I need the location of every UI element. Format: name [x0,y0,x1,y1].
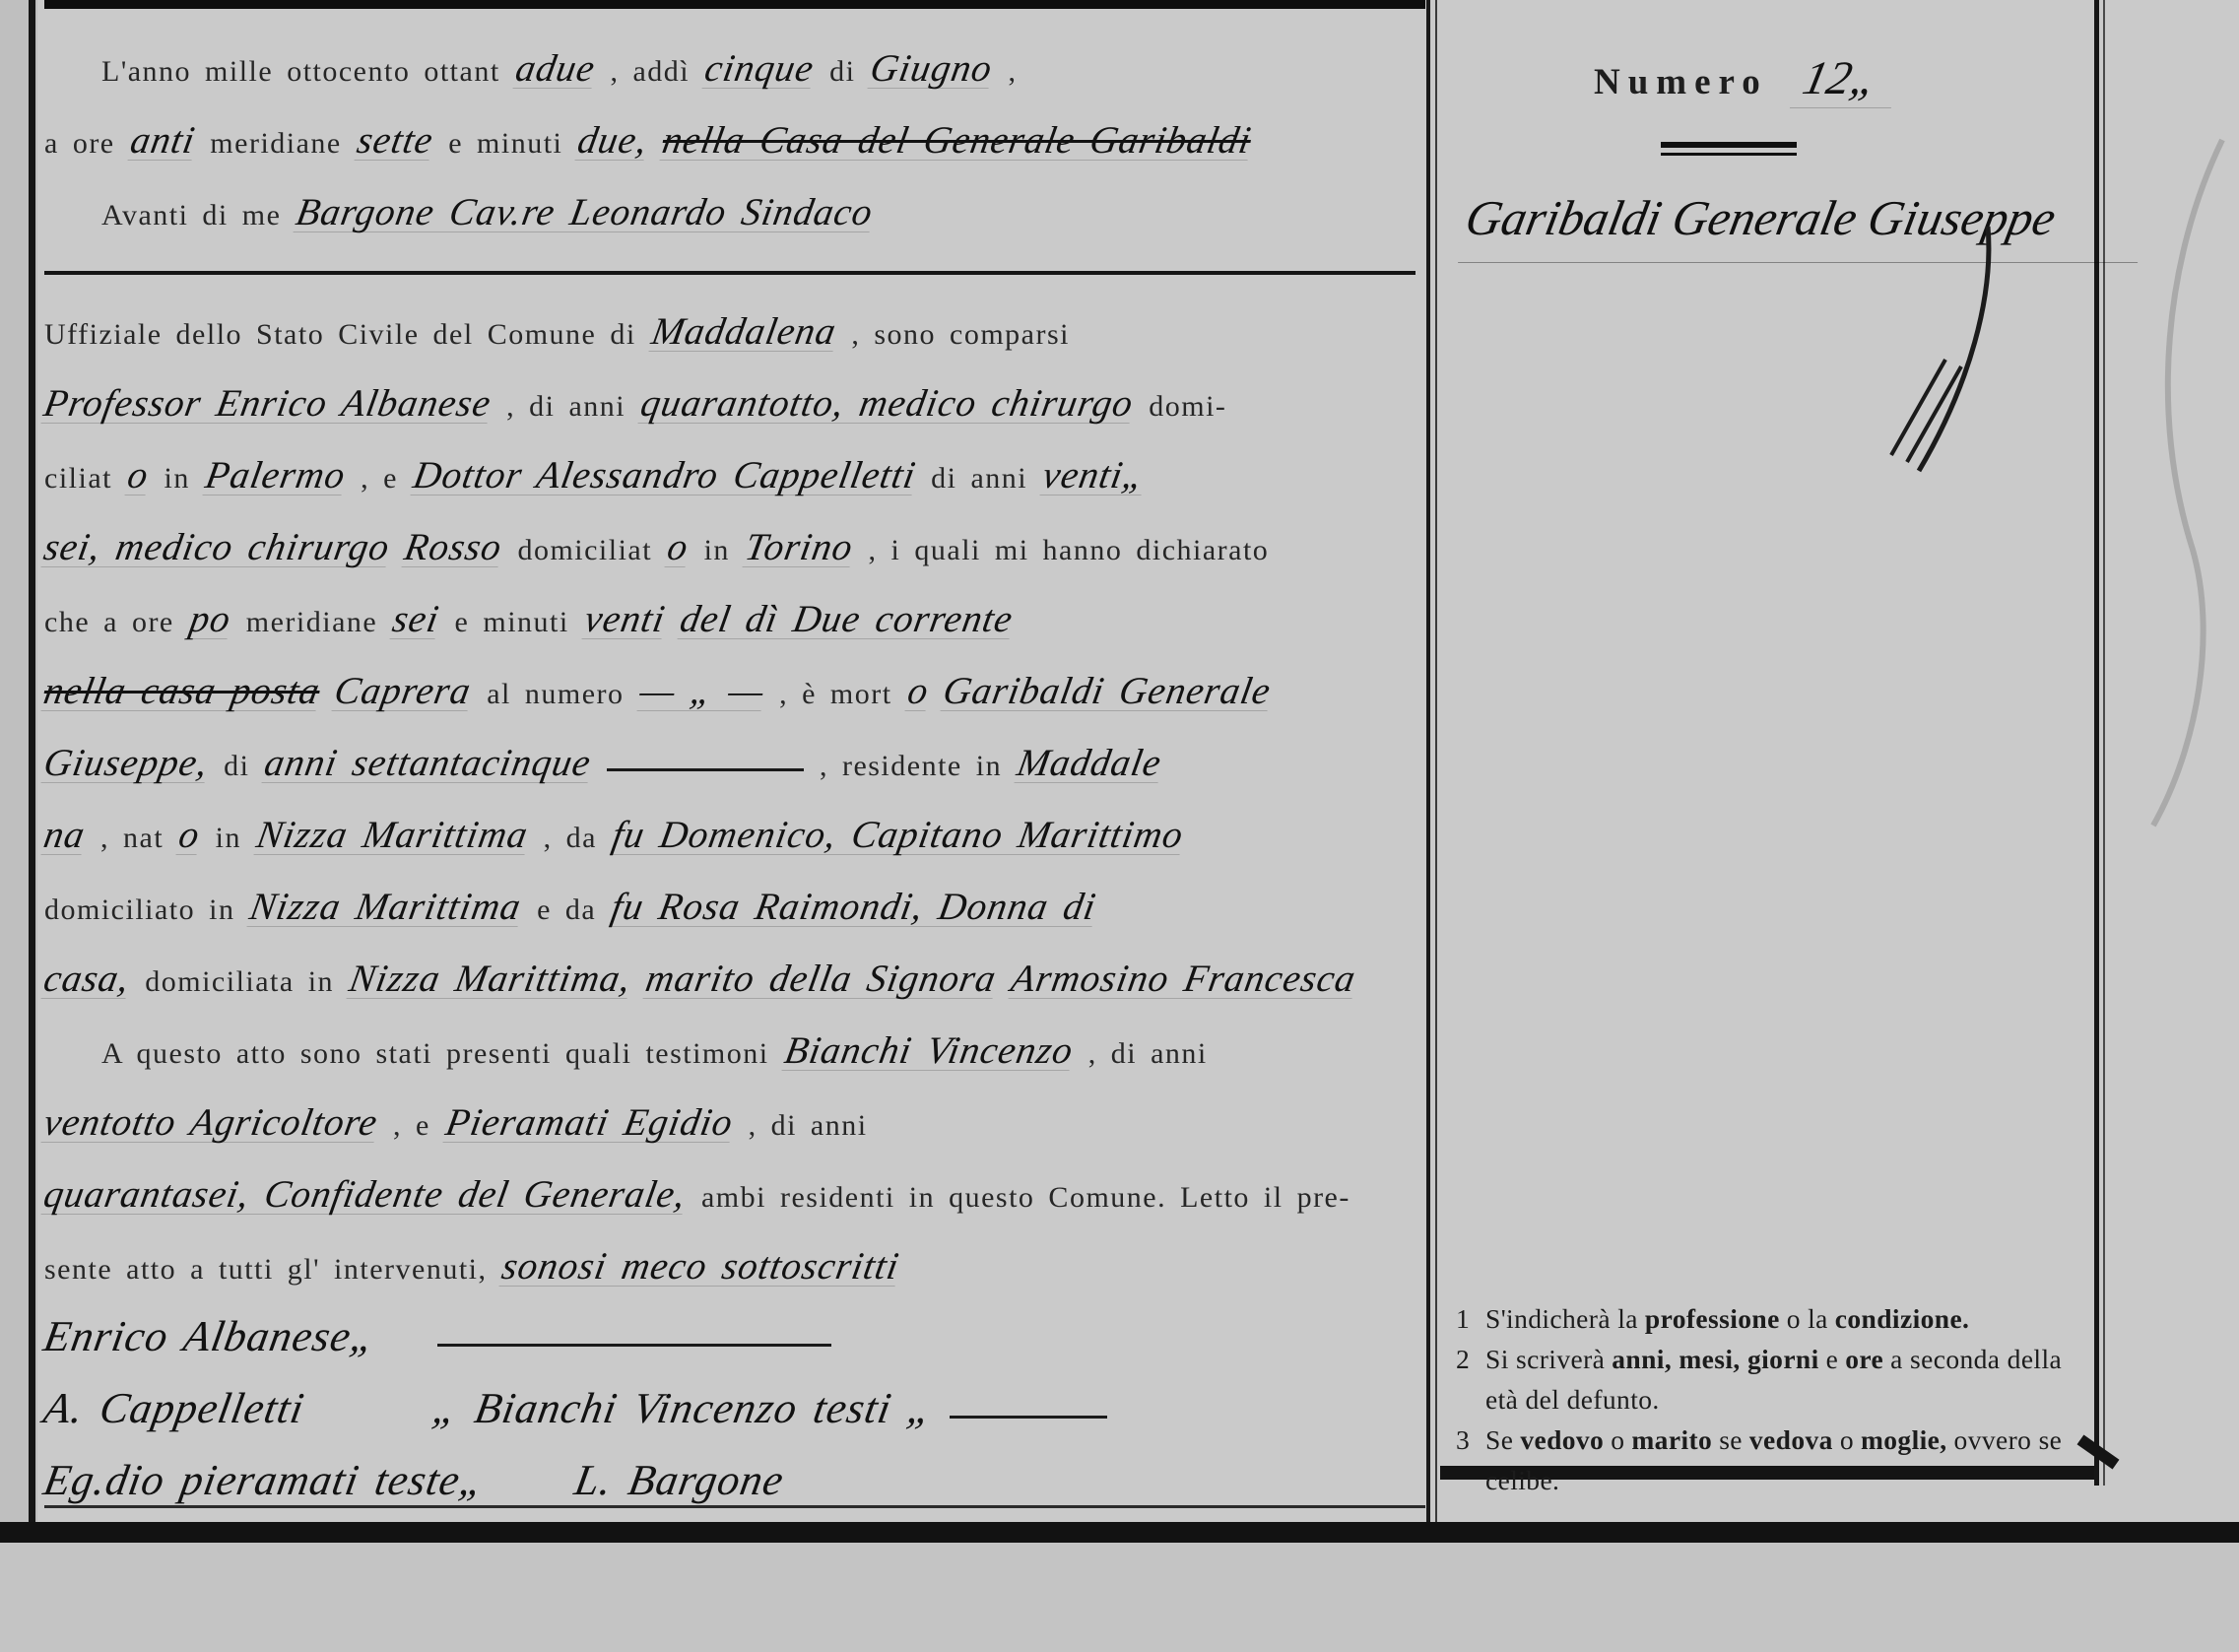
column-separator-line [1426,0,1430,1525]
handwritten-entry: Nizza Marittima, [347,959,634,999]
paper-lower-margin [0,1543,2239,1652]
footnote-bold-term: marito [1631,1424,1712,1455]
handwritten-entry: anti [127,121,198,161]
footnote-plain-text: Si scriverà [1485,1344,1605,1374]
column-separator-line-thin [1435,0,1437,1525]
form-line: casa,domiciliata inNizza Marittima,marit… [44,946,1423,1018]
form-line: a oreantimeridianesettee minutidue,nella… [44,107,1423,179]
form-line: Uffiziale dello Stato Civile del Comune … [44,298,1423,370]
signature: A. Cappelletti [40,1387,307,1430]
printed-text: , di anni [1088,1037,1208,1070]
handwritten-entry: marito della Signora [643,959,1000,999]
printed-text: al numero [487,678,624,710]
footnote-text: Sevedovoomaritosevedovaomoglie,ovvero se… [1485,1420,2088,1500]
handwritten-entry: venti„ [1040,456,1150,496]
printed-text: , di anni [749,1109,868,1142]
ink-line [950,1416,1107,1422]
signature: L. Bargone [571,1459,787,1502]
handwritten-entry: Giugno [868,49,996,89]
handwritten-strikethrough: nella casa posta [40,672,323,711]
handwritten-entry: Torino [742,528,856,567]
handwritten-entry: cinque [702,49,818,89]
form-line: Eg.dio pieramati teste„L. Bargone [44,1449,1423,1521]
footnote-plain-text: o la [1787,1303,1828,1334]
printed-text: , nat [100,822,164,854]
footnote-plain-text: e [1826,1344,1839,1374]
printed-text: che a ore [44,606,174,638]
handwritten-entry: due, [575,121,651,161]
printed-text: Avanti di me [101,199,281,231]
handwritten-entry: sette [354,121,436,161]
act-text-column: L'anno mille ottocento ottantadue, addìc… [44,22,1423,1523]
deceased-name-entry: Garibaldi Generale Giuseppe [1458,189,2152,263]
handwritten-entry: quarantotto, medico chirurgo [638,384,1137,424]
double-rule [1661,142,1797,156]
form-line: nella casa postaCapreraal numero— „ —, è… [44,658,1423,730]
numero-row: Numero12„ [1594,51,2092,108]
printed-text: e minuti [448,127,562,160]
handwritten-entry: quarantasei, Confidente del Generale, [40,1175,689,1215]
form-line: sei, medico chirurgoRossodomiciliatoinTo… [44,514,1423,586]
handwritten-entry: Caprera [332,672,475,711]
form-line: Professor Enrico Albanese, di anniquaran… [44,370,1423,442]
printed-text: , da [544,822,597,854]
form-line: domiciliato inNizza Marittimae dafu Rosa… [44,874,1423,946]
handwritten-entry: po [186,600,233,639]
footnote-plain-text: Se [1485,1424,1513,1455]
numero-value: 12„ [1790,51,1903,108]
page-bottom-edge-band [0,1522,2239,1543]
handwritten-entry: na [40,816,88,855]
footnote-number: 3 [1456,1420,1485,1500]
footnote-bold-term: anni, mesi, giorni [1612,1344,1818,1374]
printed-text: domi- [1149,390,1226,423]
footnote-bold-term: ore [1845,1344,1883,1374]
printed-text: di [829,55,855,88]
handwritten-entry: Maddalena [648,312,839,352]
footnote-plain-text: S'indicherà la [1485,1303,1638,1334]
handwritten-entry: Nizza Marittima [253,816,531,855]
handwritten-entry: Bianchi Vincenzo [781,1031,1076,1071]
numero-label: Numero [1594,62,1768,102]
handwritten-entry: o [665,528,692,567]
printed-text: , residente in [820,750,1002,782]
handwritten-entry: Garibaldi Generale [941,672,1275,711]
printed-text: A questo atto sono stati presenti quali … [101,1037,769,1070]
handwritten-entry: sei, medico chirurgo [40,528,392,567]
form-line: A questo atto sono stati presenti quali … [44,1018,1423,1090]
printed-text: in [164,462,189,495]
footnote-plain-text: o [1840,1424,1854,1455]
margin-column: Numero12„ Garibaldi Generale Giuseppe 1S… [1446,0,2092,1486]
printed-text: di anni [931,462,1027,495]
handwritten-entry: anni settantacinque [262,744,595,783]
handwritten-entry: fu Rosa Raimondi, Donna di [609,888,1099,927]
form-line: che a orepomeridianeseie minutiventidel … [44,586,1423,658]
handwritten-entry: sonosi meco sottoscritti [499,1247,902,1287]
handwritten-entry: Professor Enrico Albanese [40,384,494,424]
handwritten-entry: Nizza Marittima [247,888,525,927]
signature: Enrico Albanese„ [40,1315,379,1358]
footnote-text: S'indicherà laprofessioneo lacondizione. [1485,1298,2088,1339]
footnote-bold-term: moglie, [1861,1424,1947,1455]
handwritten-entry: o [124,456,152,496]
footnote: 1S'indicherà laprofessioneo lacondizione… [1456,1298,2088,1339]
page-spine-rule [29,0,35,1527]
printed-text: ciliat [44,462,112,495]
ink-line [607,768,804,775]
form-line: Giuseppe,dianni settantacinque, resident… [44,730,1423,802]
scanned-death-record-page: { "document": { "kind_label": "Atto di m… [0,0,2239,1652]
section-divider-rule [44,271,1416,275]
printed-text: , sono comparsi [851,318,1070,351]
footnote-bold-term: professione [1645,1303,1780,1334]
form-line: na, natoinNizza Marittima, dafu Domenico… [44,802,1423,874]
printed-text: , [1008,55,1017,88]
footnote-number: 1 [1456,1298,1485,1339]
handwritten-entry: adue [512,49,598,89]
footnote-number: 2 [1456,1339,1485,1420]
top-border-bar [44,0,1425,9]
printed-text: meridiane [210,127,341,160]
footnote-plain-text: o [1611,1424,1624,1455]
handwritten-entry: casa, [40,959,132,999]
handwritten-entry: fu Domenico, Capitano Marittimo [609,816,1186,855]
handwritten-entry: Armosino Francesca [1009,959,1359,999]
printed-text: , i quali mi hanno dichiarato [869,534,1270,566]
form-line: ventotto Agricoltore, ePieramati Egidio,… [44,1090,1423,1161]
form-line: Enrico Albanese„ [44,1305,1423,1377]
form-line: A. Cappelletti„ Bianchi Vincenzo testi „ [44,1377,1423,1449]
handwritten-entry: Maddale [1015,744,1165,783]
form-line: quarantasei, Confidente del Generale,amb… [44,1161,1423,1233]
footnote-text: Si scriveràanni, mesi, giornieorea secon… [1485,1339,2088,1420]
handwritten-entry: Palermo [202,456,348,496]
handwritten-entry: Bargone Cav.re Leonardo Sindaco [294,193,877,232]
printed-text: in [216,822,241,854]
form-line: Avanti di meBargone Cav.re Leonardo Sind… [44,179,1423,251]
printed-text: di [224,750,249,782]
handwritten-entry: Giuseppe, [40,744,211,783]
footnote-bold-term: condizione. [1835,1303,1970,1334]
printed-text: Uffiziale dello Stato Civile del Comune … [44,318,636,351]
signature: „ Bianchi Vincenzo testi „ [430,1387,938,1430]
printed-text: sente atto a tutti gl' intervenuti, [44,1253,487,1286]
printed-text: , e [361,462,398,495]
printed-text: ambi residenti in questo Comune. Letto i… [701,1181,1350,1214]
handwritten-entry: venti [581,600,668,639]
printed-text: , addì [610,55,690,88]
handwritten-entry: o [176,816,204,855]
handwritten-entry: sei [390,600,442,639]
handwritten-strikethrough: nella Casa del Generale Garibaldi [660,121,1255,161]
printed-text: meridiane [246,606,377,638]
printed-text: , di anni [506,390,626,423]
handwritten-entry: Rosso [402,528,505,567]
handwritten-entry: del dì Due corrente [677,600,1016,639]
form-footnotes: 1S'indicherà laprofessioneo lacondizione… [1456,1298,2088,1500]
footnote-bold-term: vedovo [1520,1424,1604,1455]
printed-text: domiciliat [517,534,652,566]
footnote: 3Sevedovoomaritosevedovaomoglie,ovvero s… [1456,1420,2088,1500]
handwritten-entry: — „ — [636,672,767,711]
printed-text: in [704,534,730,566]
printed-text: e da [537,893,596,926]
printed-text: , e [393,1109,430,1142]
printed-text: a ore [44,127,115,160]
form-line: L'anno mille ottocento ottantadue, addìc… [44,35,1423,107]
handwritten-entry: Pieramati Egidio [442,1103,736,1143]
printed-text: , è mort [779,678,891,710]
form-line: sente atto a tutti gl' intervenuti,sonos… [44,1233,1423,1305]
footnote: 2Si scriveràanni, mesi, giornieorea seco… [1456,1339,2088,1420]
form-line: ciliatoinPalermo, eDottor Alessandro Cap… [44,442,1423,514]
handwritten-entry: Dottor Alessandro Cappelletti [410,456,918,496]
footnote-plain-text: se [1719,1424,1743,1455]
signature: Eg.dio pieramati teste„ [40,1459,489,1502]
ink-line [437,1344,831,1351]
handwritten-entry: o [904,672,932,711]
printed-text: domiciliata in [145,965,334,998]
handwritten-entry: ventotto Agricoltore [40,1103,380,1143]
printed-text: L'anno mille ottocento ottant [101,55,500,88]
printed-text: domiciliato in [44,893,234,926]
printed-text: e minuti [455,606,569,638]
footnote-bold-term: vedova [1749,1424,1833,1455]
